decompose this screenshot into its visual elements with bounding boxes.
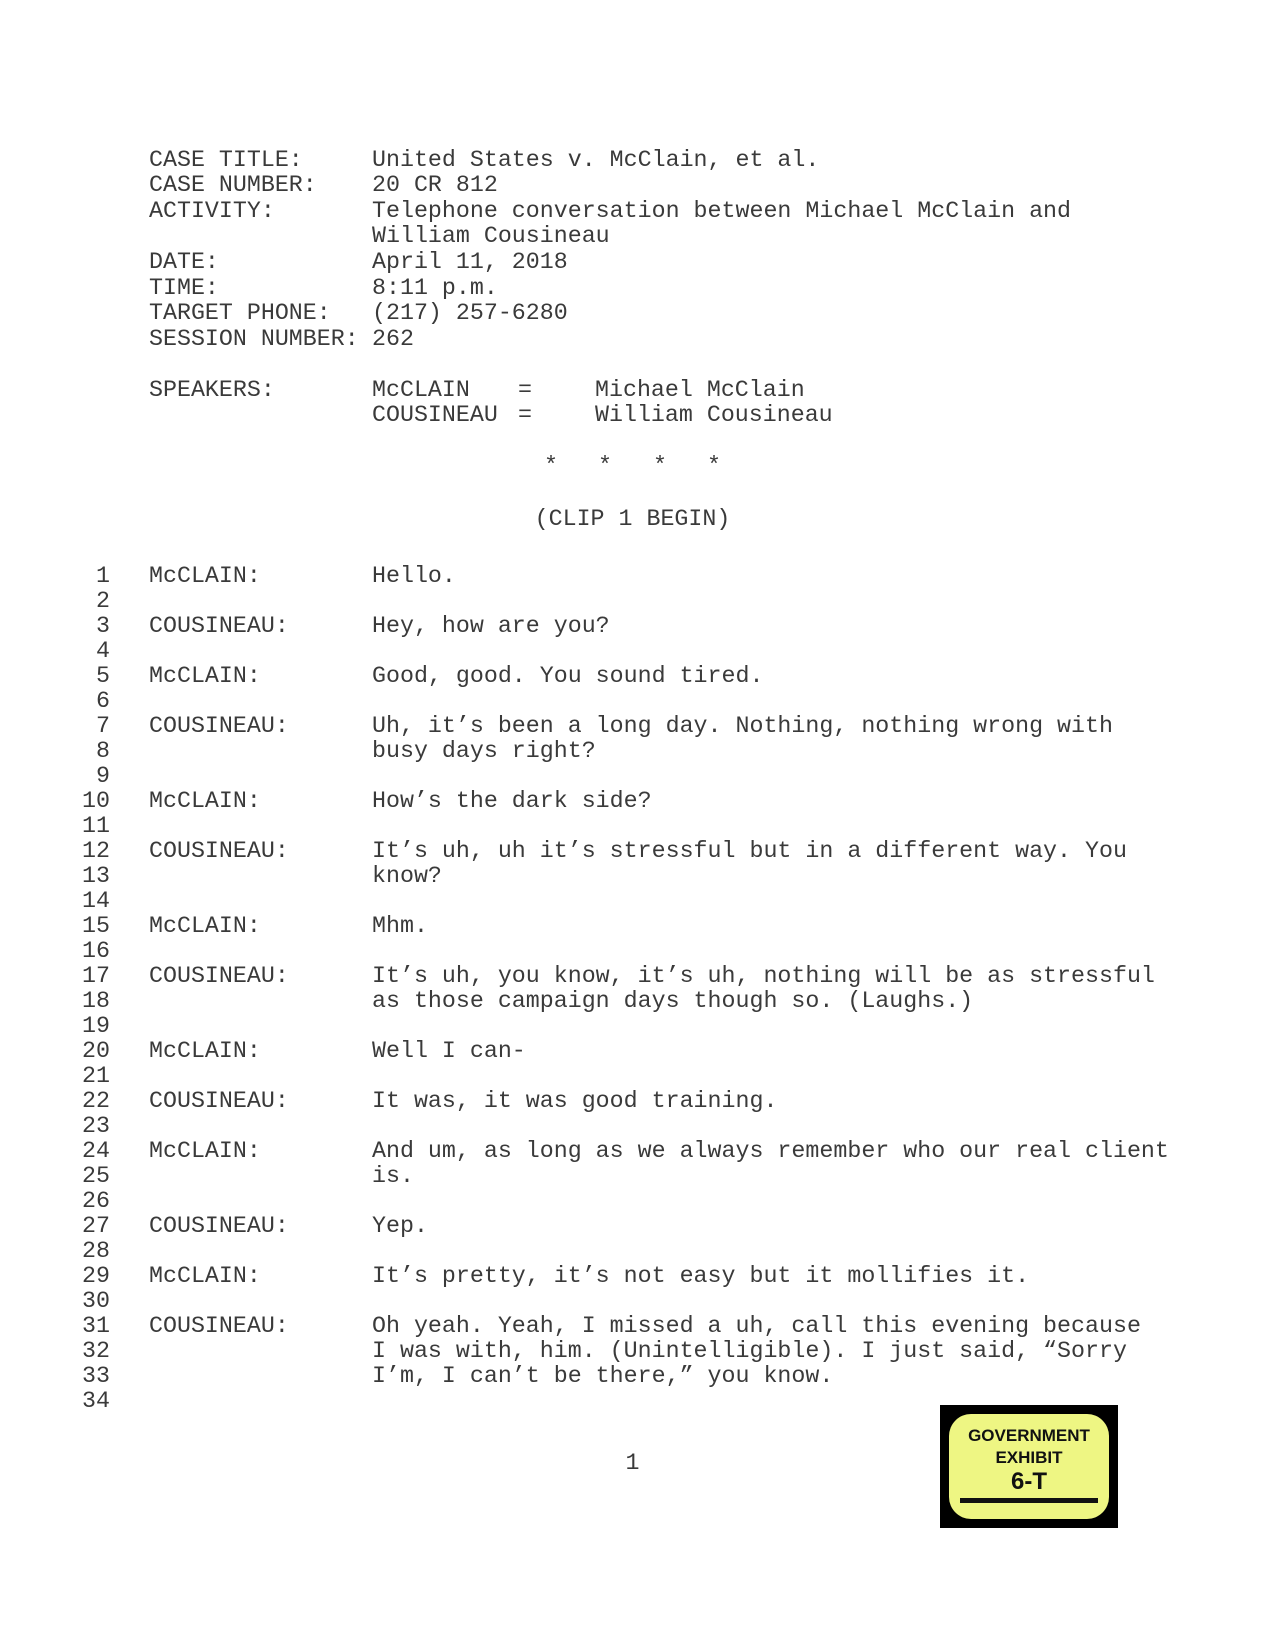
line-number: 2	[60, 589, 110, 614]
utterance-line: It was, it was good training.	[372, 1089, 777, 1114]
utterance-line: know?	[372, 864, 442, 889]
speaker-label: COUSINEAU:	[149, 614, 289, 639]
speaker-label: McCLAIN:	[149, 1039, 261, 1064]
star-icon: *	[598, 454, 612, 479]
line-number: 26	[60, 1189, 110, 1214]
line-number: 15	[60, 914, 110, 939]
utterance-line: I’m, I can’t be there,” you know.	[372, 1364, 833, 1389]
line-number: 9	[60, 764, 110, 789]
utterance-line: Well I can-	[372, 1039, 526, 1064]
line-number: 32	[60, 1339, 110, 1364]
speaker-abbr: McCLAIN	[372, 378, 470, 403]
speaker-label: COUSINEAU:	[149, 839, 289, 864]
utterance-line: Yep.	[372, 1214, 428, 1239]
exhibit-underline	[960, 1498, 1098, 1503]
exhibit-number: 6-T	[949, 1468, 1109, 1496]
line-number: 11	[60, 814, 110, 839]
date-value: April 11, 2018	[372, 250, 568, 275]
exhibit-subtitle: EXHIBIT	[949, 1448, 1109, 1468]
line-number: 7	[60, 714, 110, 739]
line-number: 16	[60, 939, 110, 964]
speaker-label: McCLAIN:	[149, 914, 261, 939]
speaker-label: McCLAIN:	[149, 1264, 261, 1289]
speaker-label: McCLAIN:	[149, 664, 261, 689]
time-value: 8:11 p.m.	[372, 276, 498, 301]
line-number: 13	[60, 864, 110, 889]
line-number: 4	[60, 639, 110, 664]
utterance-line: And um, as long as we always remember wh…	[372, 1139, 1169, 1164]
session-number-label: SESSION NUMBER:	[149, 327, 359, 352]
date-label: DATE:	[149, 250, 219, 275]
exhibit-title: GOVERNMENT	[949, 1426, 1109, 1446]
speakers-label: SPEAKERS:	[149, 378, 275, 403]
case-number-value: 20 CR 812	[372, 173, 498, 198]
case-title-label: CASE TITLE:	[149, 148, 303, 173]
case-number-label: CASE NUMBER:	[149, 173, 317, 198]
speaker-equals: =	[518, 378, 532, 403]
speaker-abbr: COUSINEAU	[372, 403, 498, 428]
star-icon: *	[707, 454, 721, 479]
line-number: 23	[60, 1114, 110, 1139]
speaker-label: COUSINEAU:	[149, 964, 289, 989]
line-number: 25	[60, 1164, 110, 1189]
speaker-label: McCLAIN:	[149, 789, 261, 814]
speaker-label: COUSINEAU:	[149, 1314, 289, 1339]
line-number: 18	[60, 989, 110, 1014]
line-number: 10	[60, 789, 110, 814]
utterance-line: Mhm.	[372, 914, 428, 939]
line-number: 31	[60, 1314, 110, 1339]
star-icon: *	[653, 454, 667, 479]
line-number: 24	[60, 1139, 110, 1164]
line-number: 14	[60, 889, 110, 914]
line-number: 20	[60, 1039, 110, 1064]
line-number: 21	[60, 1064, 110, 1089]
utterance-line: as those campaign days though so. (Laugh…	[372, 989, 973, 1014]
line-number: 3	[60, 614, 110, 639]
case-title-value: United States v. McClain, et al.	[372, 148, 819, 173]
utterance-line: Hello.	[372, 564, 456, 589]
speaker-full-name: William Cousineau	[595, 403, 833, 428]
session-number-value: 262	[372, 327, 414, 352]
line-number: 27	[60, 1214, 110, 1239]
utterance-line: is.	[372, 1164, 414, 1189]
line-number: 5	[60, 664, 110, 689]
activity-value: Telephone conversation between Michael M…	[372, 199, 1071, 224]
line-number: 19	[60, 1014, 110, 1039]
line-number: 29	[60, 1264, 110, 1289]
utterance-line: It’s uh, you know, it’s uh, nothing will…	[372, 964, 1155, 989]
target-phone-value: (217) 257-6280	[372, 301, 568, 326]
target-phone-label: TARGET PHONE:	[149, 301, 331, 326]
section-separator: * * * *	[0, 454, 1265, 479]
line-number: 6	[60, 689, 110, 714]
utterance-line: Good, good. You sound tired.	[372, 664, 763, 689]
speaker-label: COUSINEAU:	[149, 1089, 289, 1114]
utterance-line: It’s pretty, it’s not easy but it mollif…	[372, 1264, 1029, 1289]
government-exhibit-sticker: GOVERNMENT EXHIBIT 6-T	[940, 1405, 1118, 1528]
line-number: 8	[60, 739, 110, 764]
utterance-line: busy days right?	[372, 739, 596, 764]
line-number: 22	[60, 1089, 110, 1114]
clip-marker: (CLIP 1 BEGIN)	[0, 507, 1265, 532]
line-number: 12	[60, 839, 110, 864]
line-number: 33	[60, 1364, 110, 1389]
line-number: 1	[60, 564, 110, 589]
utterance-line: Uh, it’s been a long day. Nothing, nothi…	[372, 714, 1113, 739]
line-number: 28	[60, 1239, 110, 1264]
exhibit-sticker-label-area: GOVERNMENT EXHIBIT 6-T	[949, 1414, 1109, 1519]
speaker-label: COUSINEAU:	[149, 1214, 289, 1239]
line-number: 17	[60, 964, 110, 989]
line-number: 34	[60, 1389, 110, 1414]
speaker-label: COUSINEAU:	[149, 714, 289, 739]
line-number: 30	[60, 1289, 110, 1314]
utterance-line: Hey, how are you?	[372, 614, 610, 639]
utterance-line: I was with, him. (Unintelligible). I jus…	[372, 1339, 1127, 1364]
speaker-label: McCLAIN:	[149, 1139, 261, 1164]
speaker-label: McCLAIN:	[149, 564, 261, 589]
activity-value-continued: William Cousineau	[372, 224, 610, 249]
star-icon: *	[544, 454, 558, 479]
utterance-line: It’s uh, uh it’s stressful but in a diff…	[372, 839, 1127, 864]
time-label: TIME:	[149, 276, 219, 301]
speaker-equals: =	[518, 403, 532, 428]
utterance-line: Oh yeah. Yeah, I missed a uh, call this …	[372, 1314, 1141, 1339]
utterance-line: How’s the dark side?	[372, 789, 652, 814]
activity-label: ACTIVITY:	[149, 199, 275, 224]
speaker-full-name: Michael McClain	[595, 378, 805, 403]
